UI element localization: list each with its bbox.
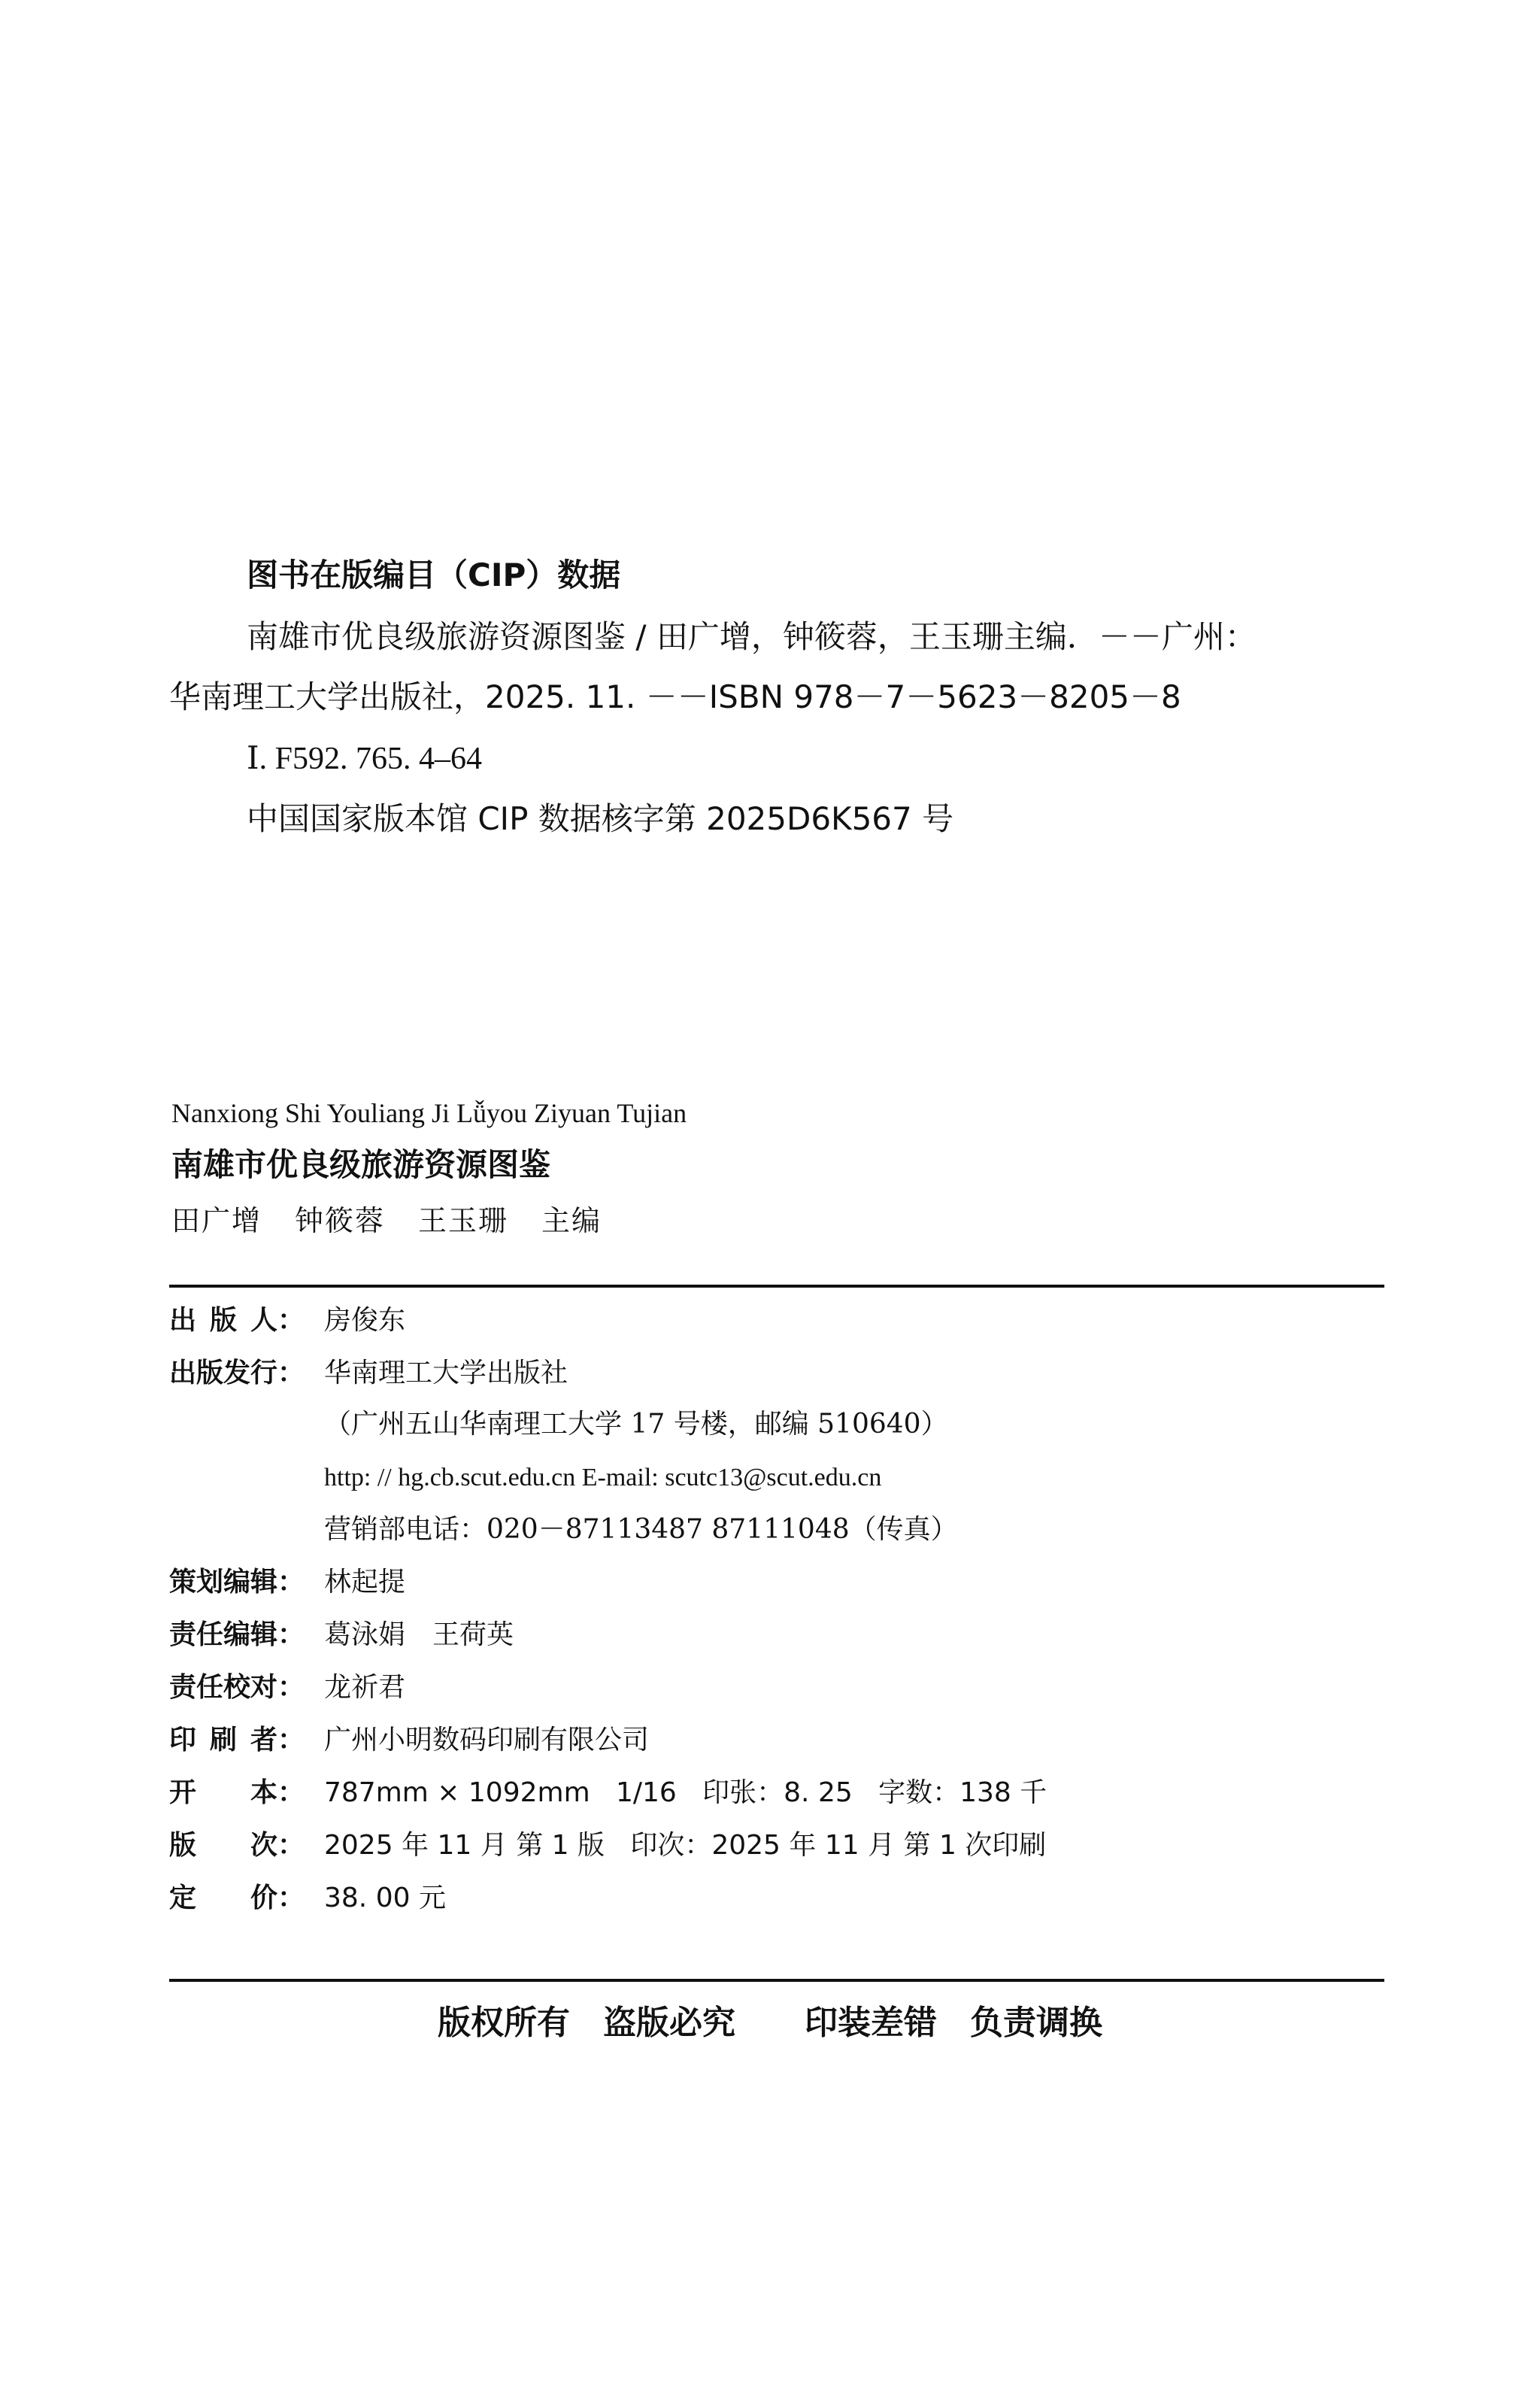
editor-role: 主编 bbox=[541, 1204, 602, 1237]
publisher-address: （广州五山华南理工大学 17 号楼，邮编 510640） bbox=[324, 1411, 948, 1438]
responsible-editor-value: 葛泳娟 王荷英 bbox=[324, 1622, 514, 1649]
proofreader-row: 责任校对： 龙祈君 bbox=[169, 1674, 405, 1701]
planning-editor-value: 林起提 bbox=[324, 1569, 405, 1596]
format-row: 开 本： 787mm × 1092mm 1/16 印张：8. 25 字数：138… bbox=[169, 1780, 1047, 1807]
copyright-notice: 版权所有盗版必究印装差错负责调换 bbox=[0, 1995, 1540, 2044]
exchange-notice: 负责调换 bbox=[970, 2004, 1102, 2042]
editor-name: 田广增 bbox=[171, 1204, 262, 1237]
publisher-value: 华南理工大学出版社 bbox=[324, 1360, 568, 1387]
cip-line-title-editors: 南雄市优良级旅游资源图鉴 / 田广增，钟筱蓉，王玉珊主编．－－广州： bbox=[247, 621, 1257, 653]
edition-label: 版 次： bbox=[169, 1832, 305, 1859]
editor-name: 王玉珊 bbox=[418, 1204, 508, 1237]
copyright-reserved: 版权所有 bbox=[438, 2004, 570, 2042]
publisher-row: 出版发行： 华南理工大学出版社 bbox=[169, 1360, 568, 1387]
cip-heading: 图书在版编目（CIP）数据 bbox=[247, 560, 620, 591]
printer-row: 印 刷 者： 广州小明数码印刷有限公司 bbox=[169, 1727, 649, 1754]
format-value: 787mm × 1092mm 1/16 印张：8. 25 字数：138 千 bbox=[324, 1780, 1047, 1807]
printer-label: 印 刷 者： bbox=[169, 1727, 305, 1754]
book-title: 南雄市优良级旅游资源图鉴 bbox=[171, 1149, 550, 1181]
planning-editor-row: 策划编辑： 林起提 bbox=[169, 1569, 405, 1596]
format-label: 开 本： bbox=[169, 1780, 305, 1807]
top-divider bbox=[169, 1285, 1384, 1288]
editors-line: 田广增钟筱蓉王玉珊主编 bbox=[171, 1206, 635, 1235]
cip-line-classification: Ⅰ. F592. 765. 4–64 bbox=[247, 743, 482, 775]
publisher-person-row: 出 版 人： 房俊东 bbox=[169, 1307, 405, 1334]
responsible-editor-label: 责任编辑： bbox=[169, 1622, 324, 1649]
publisher-person-value: 房俊东 bbox=[324, 1307, 405, 1334]
responsible-editor-row: 责任编辑： 葛泳娟 王荷英 bbox=[169, 1622, 514, 1649]
publisher-phone: 营销部电话：020－87113487 87111048（传真） bbox=[324, 1516, 958, 1543]
pinyin-title: Nanxiong Shi Youliang Ji Lǚyou Ziyuan Tu… bbox=[171, 1100, 687, 1127]
cip-line-publisher-isbn: 华南理工大学出版社，2025. 11. －－ISBN 978－7－5623－82… bbox=[169, 681, 1181, 713]
edition-row: 版 次： 2025 年 11 月 第 1 版 印次：2025 年 11 月 第 … bbox=[169, 1832, 1046, 1859]
planning-editor-label: 策划编辑： bbox=[169, 1569, 324, 1596]
cip-line-cip-number: 中国国家版本馆 CIP 数据核字第 2025D6K567 号 bbox=[247, 803, 953, 835]
bottom-divider bbox=[169, 1979, 1384, 1982]
price-label: 定 价： bbox=[169, 1885, 305, 1912]
publisher-label: 出版发行： bbox=[169, 1360, 324, 1387]
editor-name: 钟筱蓉 bbox=[295, 1204, 385, 1237]
proofreader-value: 龙祈君 bbox=[324, 1674, 405, 1701]
publisher-web-email: http: // hg.cb.scut.edu.cn E-mail: scutc… bbox=[324, 1465, 881, 1491]
edition-value: 2025 年 11 月 第 1 版 印次：2025 年 11 月 第 1 次印刷 bbox=[324, 1832, 1046, 1859]
price-value: 38. 00 元 bbox=[324, 1885, 446, 1912]
publisher-person-label: 出 版 人： bbox=[169, 1307, 305, 1334]
proofreader-label: 责任校对： bbox=[169, 1674, 324, 1701]
piracy-warning: 盗版必究 bbox=[603, 2004, 735, 2042]
printer-value: 广州小明数码印刷有限公司 bbox=[324, 1727, 649, 1754]
print-defect-notice: 印装差错 bbox=[805, 2004, 937, 2042]
price-row: 定 价： 38. 00 元 bbox=[169, 1885, 446, 1912]
